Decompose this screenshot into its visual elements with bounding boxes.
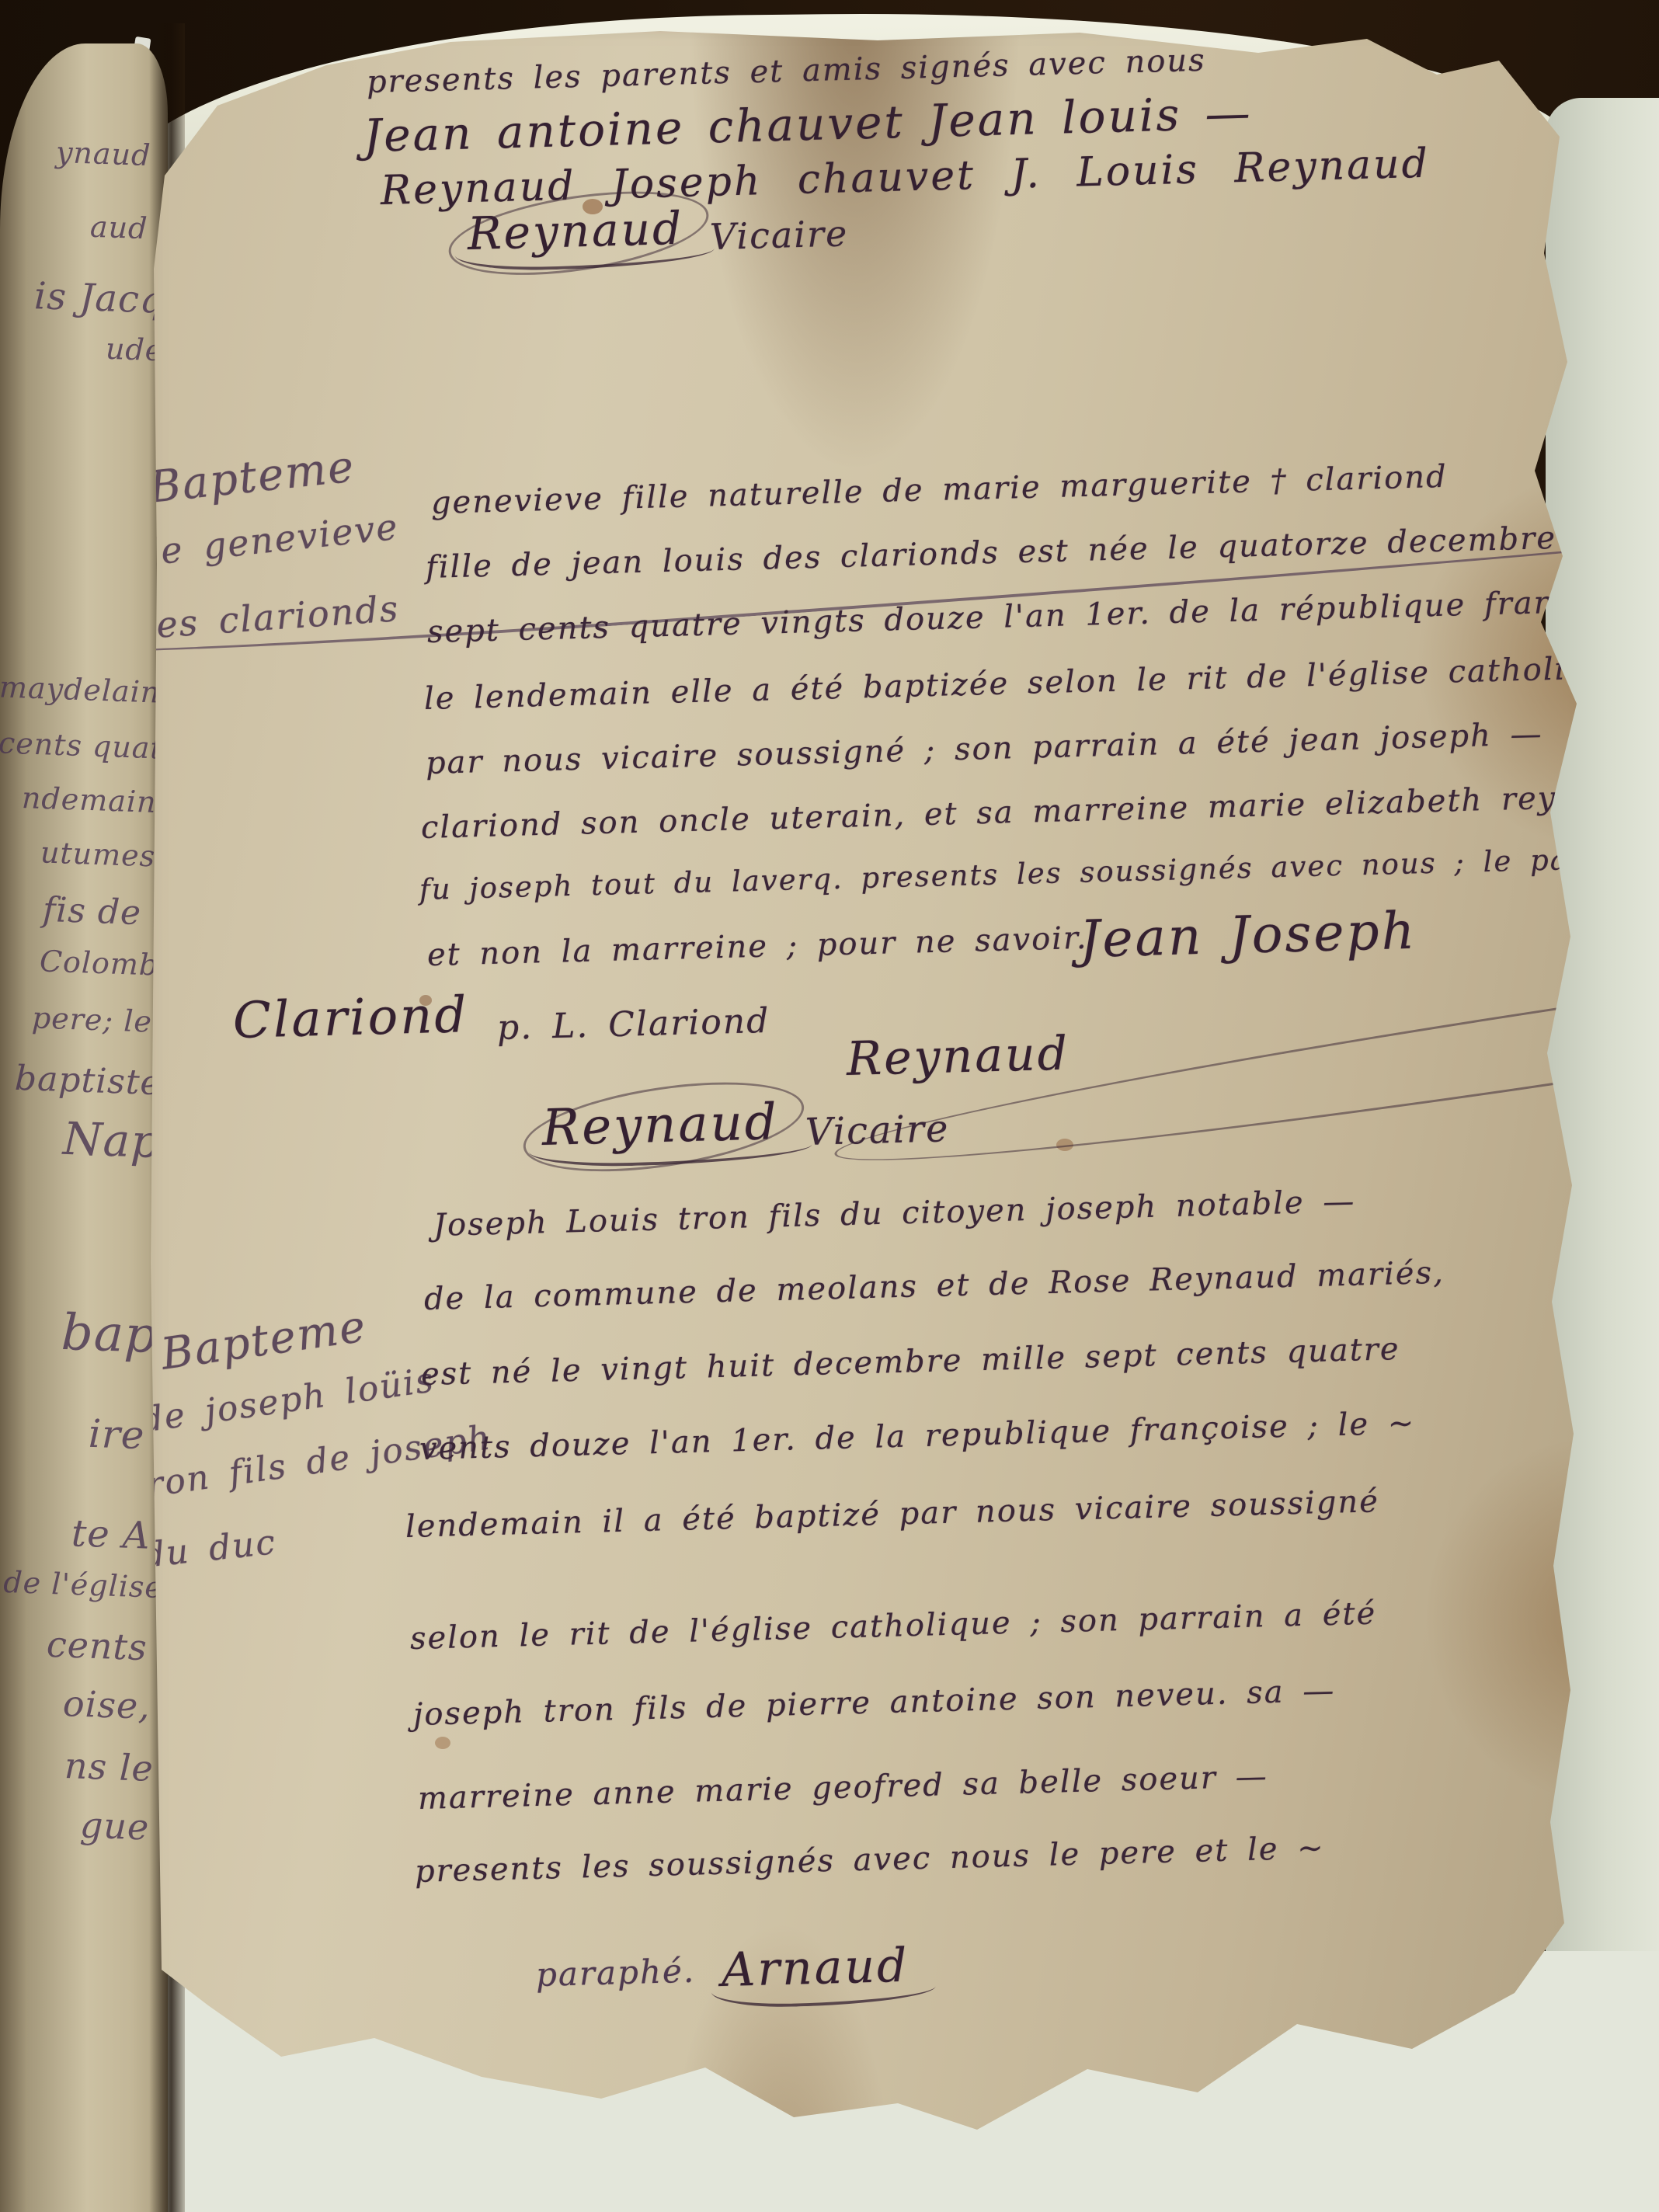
signature-jean-joseph: Jean Joseph	[1079, 903, 1417, 969]
left-page-fragment: gue	[79, 1803, 150, 1848]
record-line: vents douze l'an 1er. de la republique f…	[419, 1406, 1415, 1466]
left-page-fragment: maydelain	[0, 670, 161, 709]
vicar-signature-block: Reynaud Vicaire	[542, 1101, 949, 1156]
record-line: genevieve fille naturelle de marie margu…	[430, 460, 1448, 520]
photograph-of-parish-register: ynaud aud is Jacq ude maydelain cents qu…	[0, 0, 1659, 2212]
left-page-fragment: is Jacq	[33, 274, 165, 322]
vicar-signature-title: Vicaire	[710, 214, 849, 256]
record-line: est né le vingt huit decembre mille sept…	[420, 1332, 1400, 1392]
margin-note-joseph-line4: du duc	[141, 1524, 278, 1575]
left-page-fragment: ns le	[64, 1744, 155, 1789]
left-page-fragment: pere; le	[31, 1000, 152, 1038]
record-line: fu joseph tout du laverq. presents les s…	[419, 843, 1649, 906]
left-page-fragment: ndemain	[22, 781, 158, 819]
left-page-fragment: Nap	[61, 1112, 161, 1168]
record-line: lendemain il a été baptizé par nous vica…	[405, 1484, 1379, 1544]
left-page-fragment: bap	[61, 1304, 158, 1365]
register-page: page 15 presents les parents et amis sig…	[117, 20, 1592, 2151]
left-page-fragment: aud	[89, 210, 148, 246]
closing-signature-block: paraphé. Arnaud	[536, 1945, 909, 1996]
record-line: presents les soussignés avec nous le per…	[414, 1831, 1325, 1889]
left-page-fragment: ire	[88, 1411, 145, 1458]
record-line: clariond son oncle uterain, et sa marrei…	[420, 779, 1641, 845]
left-page-fragment: oise,	[62, 1682, 151, 1727]
signature-reynaud-upper: Reynaud	[846, 995, 1659, 1085]
record-line: par nous vicaire soussigné ; son parrain…	[425, 717, 1543, 781]
record-line: et non la marreine ; pour ne savoir.	[426, 921, 1088, 972]
signature-vicaire-title: Vicaire	[805, 1108, 950, 1153]
left-page-fragment: cents	[46, 1623, 148, 1668]
left-page-fragment: utumes	[40, 835, 156, 873]
left-page-fragment: t de l'église	[0, 1564, 164, 1605]
signature-p-l-clariond: p. L. Clariond	[496, 1003, 770, 1048]
margin-note-bapteme-joseph: Bapteme	[158, 1303, 370, 1379]
signature-reynaud-vicaire: Reynaud	[541, 1095, 780, 1156]
left-page-fragment: fis de	[42, 890, 142, 933]
signature-clariond: Clariond	[232, 988, 469, 1049]
left-page-fragment: baptiste	[15, 1059, 162, 1104]
record-line: joseph tron fils de pierre antoine son n…	[412, 1674, 1335, 1732]
left-page-fragment: te A	[71, 1511, 151, 1558]
record-line: de la commune de meolans et de Rose Reyn…	[423, 1256, 1445, 1316]
margin-note-bapteme-genevieve: Bapteme	[147, 443, 357, 512]
record-line: selon le rit de l'église catholique ; so…	[409, 1596, 1376, 1656]
facing-page-edge: ynaud aud is Jacq ude maydelain cents qu…	[0, 43, 168, 2212]
record-line: marreine anne marie geofred sa belle soe…	[417, 1759, 1268, 1816]
signature-arnaud: Arnaud	[721, 1940, 909, 1996]
header-vicar-signature: Reynaud Vicaire	[468, 210, 848, 259]
record-line: Joseph Louis tron fils du citoyen joseph…	[433, 1184, 1355, 1243]
left-page-fragment: Colomb	[39, 944, 159, 982]
record-line: le lendemain elle a été baptizée selon l…	[423, 650, 1629, 716]
ink-stain	[435, 1737, 450, 1749]
closing-paraphe-label: paraphé.	[535, 1953, 695, 1994]
left-page-fragment: cents quat	[0, 725, 164, 765]
vicar-signature-name: Reynaud	[467, 204, 684, 259]
margin-note-genevieve-line2: de genevieve	[134, 507, 400, 574]
left-page-fragment: ynaud	[55, 135, 151, 172]
